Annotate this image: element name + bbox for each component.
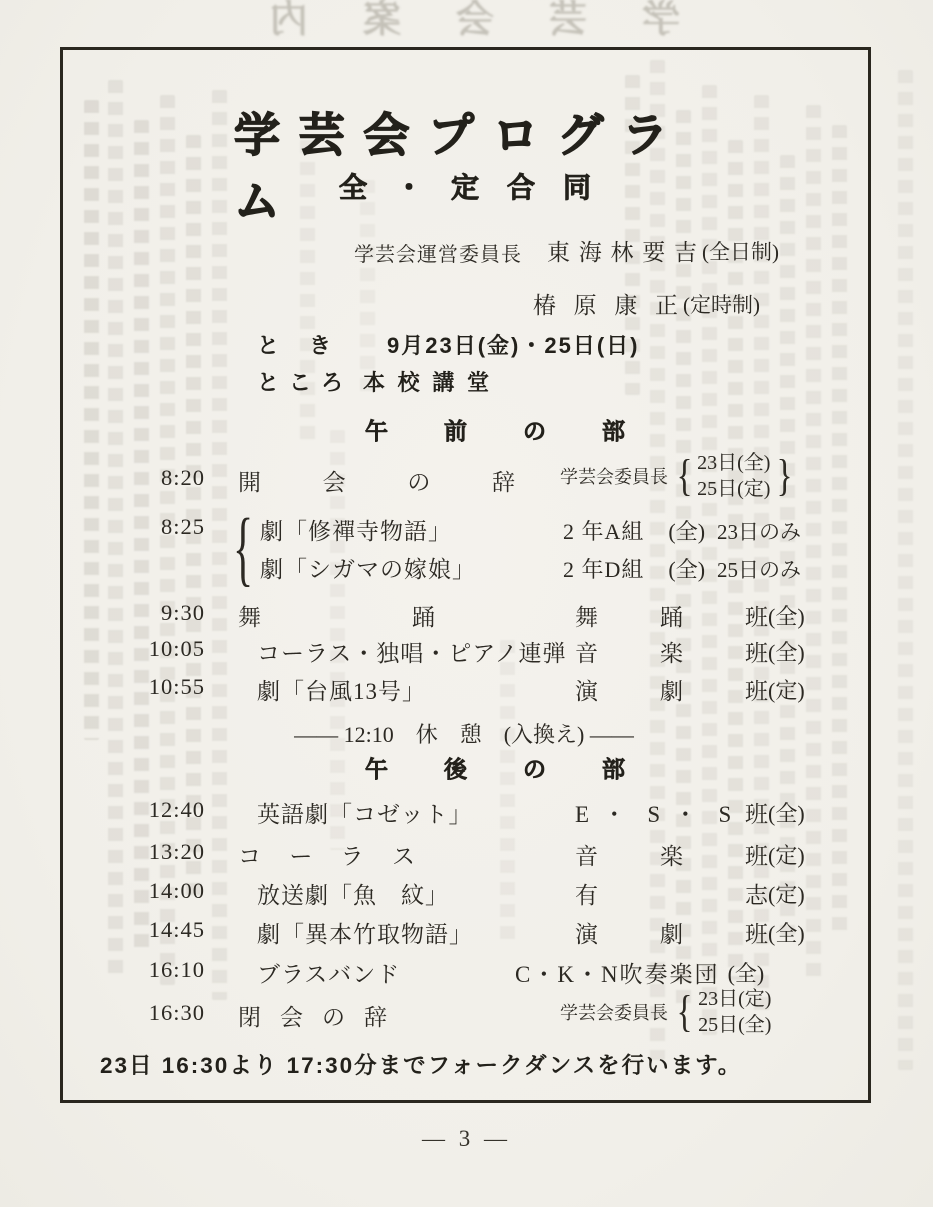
intermission-line: ―― 12:10 休 憩 (入換え) ―― [60, 718, 868, 749]
schedule-program: 英語劇「コゼット」 [257, 796, 473, 829]
morning-section-heading: 午 前 の 部 [365, 413, 625, 446]
performer-name: 音 楽 班 [575, 635, 768, 668]
performer-days: 23日(全) 25日(定) [697, 450, 770, 502]
program-subtitle: 全 ・ 定 合 同 [339, 166, 591, 206]
performer-kind: (定) [768, 674, 805, 705]
schedule-program: 開 会 の 辞 [238, 464, 516, 497]
schedule-program: コ ー ラ ス [238, 838, 416, 871]
schedule-time: 16:10 [118, 957, 205, 983]
chair-parttime-name: 椿 原 康 正 [533, 287, 678, 320]
schedule-program: 劇「異本竹取物語」 [257, 916, 473, 949]
performer-group: 2 年A組 [563, 515, 644, 546]
schedule-time: 14:45 [118, 917, 205, 943]
performer-kind: (全) [668, 515, 705, 546]
schedule-time: 8:20 [118, 465, 205, 491]
when-label: と き [257, 329, 331, 360]
schedule-time: 16:30 [118, 1000, 205, 1026]
schedule-performer: 2 年A組 (全) 23日のみ [563, 515, 801, 546]
schedule-performer: 演 劇 班 (全) [575, 916, 805, 949]
schedule-program: 放送劇「魚 紋」 [257, 877, 449, 910]
performer-name: 音 楽 班 [575, 838, 768, 871]
schedule-time: 14:00 [118, 878, 205, 904]
bleedthrough-mirrored-title: 学 芸 会 案 内 [270, 0, 680, 43]
performer-kind: (定) [768, 839, 805, 870]
performer-name: 有 志 [575, 877, 768, 910]
schedule-time: 10:55 [118, 674, 205, 700]
day-line: 25日(定) [697, 476, 770, 502]
brace-open: { [233, 507, 253, 591]
where-label: ところ [257, 366, 343, 397]
schedule-performer: E ・ S ・ S 班 (全) [575, 796, 805, 829]
performer-kind: (全) [768, 917, 805, 948]
performer-note: 25日のみ [717, 554, 801, 584]
brace-open: { [677, 454, 693, 498]
performer-name: 演 劇 班 [575, 916, 768, 949]
program-title: 学 芸 会 プ ロ グ ラ ム [234, 99, 668, 231]
schedule-performer: 音 楽 班 (全) [575, 635, 805, 668]
schedule-program: 劇「台風13号」 [257, 673, 426, 706]
performer-kind: (定) [768, 878, 805, 909]
schedule-time: 9:30 [118, 600, 205, 626]
schedule-program: 劇「シガマの嫁娘」 [260, 551, 476, 584]
schedule-performer: 学芸会委員長 { 23日(全) 25日(定) } [560, 448, 796, 504]
performer-kind: (全) [768, 636, 805, 667]
chair-fulltime-note: (全日制) [702, 236, 779, 266]
performer-kind: (全) [768, 600, 805, 631]
schedule-performer: 演 劇 班 (定) [575, 673, 805, 706]
brace-close: } [777, 454, 793, 498]
day-line: 25日(全) [698, 1012, 771, 1038]
schedule-performer: 音 楽 班 (定) [575, 838, 805, 871]
day-line: 23日(全) [697, 450, 770, 476]
schedule-performer: 2 年D組 (全) 25日のみ [563, 553, 801, 584]
where-value: 本 校 講 堂 [363, 366, 489, 397]
schedule-time: 10:05 [118, 636, 205, 662]
scanned-program-page: 学 芸 会 案 内 学 芸 会 プ ロ グ ラ ム 全 ・ 定 合 同 学芸会運… [0, 0, 933, 1207]
performer-days: 23日(定) 25日(全) [698, 986, 771, 1038]
page-number: ― 3 ― [0, 1126, 933, 1152]
schedule-program: 劇「修禪寺物語」 [260, 513, 452, 546]
performer-kind: (全) [768, 797, 805, 828]
schedule-performer: 舞 踊 班 (全) [575, 599, 805, 632]
organizer-label: 学芸会運営委員長 [354, 238, 522, 267]
afternoon-section-heading: 午 後 の 部 [365, 751, 625, 784]
chair-fulltime-name: 東 海 林 要 吉 [547, 234, 697, 267]
performer-group: 2 年D組 [563, 553, 644, 584]
when-value: 9月23日(金)・25日(日) [387, 329, 639, 360]
performer-kind: (全) [668, 553, 705, 584]
folk-dance-note: 23日 16:30より 17:30分までフォークダンスを行います。 [100, 1048, 742, 1080]
bleedthrough-column [898, 70, 913, 1070]
brace-open: { [677, 990, 693, 1034]
performer-note: 23日のみ [717, 516, 801, 546]
performer-name: E ・ S ・ S 班 [575, 796, 768, 829]
performer-name: 演 劇 班 [575, 673, 768, 706]
chair-parttime-note: (定時制) [683, 289, 760, 319]
performer-name: 舞 踊 班 [575, 599, 768, 632]
schedule-time: 8:25 [118, 514, 205, 540]
schedule-performer: 学芸会委員長 { 23日(定) 25日(全) [560, 984, 771, 1040]
performer-label: 学芸会委員長 [560, 999, 668, 1025]
performer-label: 学芸会委員長 [560, 463, 668, 489]
schedule-program: コーラス・独唱・ピアノ連弾 [257, 635, 566, 668]
schedule-time: 12:40 [118, 797, 205, 823]
schedule-performer: 有 志 (定) [575, 877, 805, 910]
schedule-program: 舞 踊 [238, 599, 436, 632]
schedule-program: ブラスバンド [257, 956, 400, 989]
schedule-time: 13:20 [118, 839, 205, 865]
schedule-program: 閉 会 の 辞 [238, 999, 388, 1032]
day-line: 23日(定) [698, 986, 771, 1012]
